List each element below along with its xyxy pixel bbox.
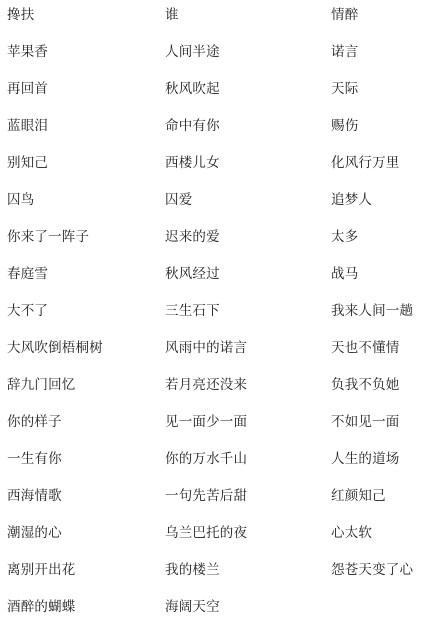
song-title: 一生有你 xyxy=(7,449,62,469)
song-title: 不如见一面 xyxy=(331,412,400,432)
list-row: 离别开出花 我的楼兰 怨苍天变了心 xyxy=(0,560,439,580)
list-row: 春庭雪 秋风经过 战马 xyxy=(0,264,439,284)
list-row: 搀扶 谁 情醉 xyxy=(0,5,439,25)
song-title: 人间半途 xyxy=(165,42,220,62)
list-row: 别知己 西楼儿女 化风行万里 xyxy=(0,153,439,173)
song-title: 囚鸟 xyxy=(7,190,34,210)
song-title: 秋风经过 xyxy=(165,264,220,284)
song-title: 战马 xyxy=(331,264,358,284)
song-title: 天也不懂情 xyxy=(331,338,400,358)
song-title: 再回首 xyxy=(7,79,48,99)
song-title: 天际 xyxy=(331,79,358,99)
song-title: 囚爱 xyxy=(165,190,192,210)
song-title: 怨苍天变了心 xyxy=(331,560,413,580)
song-title: 酒醉的蝴蝶 xyxy=(7,597,76,617)
song-title: 红颜知己 xyxy=(331,486,386,506)
song-title: 蓝眼泪 xyxy=(7,116,48,136)
song-title: 别知己 xyxy=(7,153,48,173)
song-title: 我来人间一趟 xyxy=(331,301,413,321)
song-title: 诺言 xyxy=(331,42,358,62)
song-title: 赐伤 xyxy=(331,116,358,136)
song-title: 若月亮还没来 xyxy=(165,375,247,395)
song-title: 命中有你 xyxy=(165,116,220,136)
song-title: 见一面少一面 xyxy=(165,412,247,432)
list-row: 酒醉的蝴蝶 海阔天空 xyxy=(0,597,439,617)
song-title: 你的样子 xyxy=(7,412,62,432)
song-title: 心太软 xyxy=(331,523,372,543)
song-title: 迟来的爱 xyxy=(165,227,220,247)
list-row: 再回首 秋风吹起 天际 xyxy=(0,79,439,99)
song-title: 潮湿的心 xyxy=(7,523,62,543)
song-title: 海阔天空 xyxy=(165,597,220,617)
song-title: 西楼儿女 xyxy=(165,153,220,173)
song-title: 太多 xyxy=(331,227,358,247)
list-row: 苹果香 人间半途 诺言 xyxy=(0,42,439,62)
list-row: 大风吹倒梧桐树 风雨中的诺言 天也不懂情 xyxy=(0,338,439,358)
song-title: 人生的道场 xyxy=(331,449,400,469)
song-title: 秋风吹起 xyxy=(165,79,220,99)
song-title: 大风吹倒梧桐树 xyxy=(7,338,103,358)
song-title: 辞九门回忆 xyxy=(7,375,76,395)
list-row: 你来了一阵子 迟来的爱 太多 xyxy=(0,227,439,247)
list-row: 你的样子 见一面少一面 不如见一面 xyxy=(0,412,439,432)
song-title: 苹果香 xyxy=(7,42,48,62)
song-title: 情醉 xyxy=(331,5,358,25)
song-title: 我的楼兰 xyxy=(165,560,220,580)
song-title: 西海情歌 xyxy=(7,486,62,506)
list-row: 大不了 三生石下 我来人间一趟 xyxy=(0,301,439,321)
song-title: 一句先苦后甜 xyxy=(165,486,247,506)
song-title: 春庭雪 xyxy=(7,264,48,284)
song-title: 化风行万里 xyxy=(331,153,400,173)
song-title: 离别开出花 xyxy=(7,560,76,580)
song-title: 你的万水千山 xyxy=(165,449,247,469)
song-title: 追梦人 xyxy=(331,190,372,210)
song-title: 谁 xyxy=(165,5,179,25)
song-title: 风雨中的诺言 xyxy=(165,338,247,358)
list-row: 潮湿的心 乌兰巴托的夜 心太软 xyxy=(0,523,439,543)
list-row: 蓝眼泪 命中有你 赐伤 xyxy=(0,116,439,136)
song-title: 三生石下 xyxy=(165,301,220,321)
list-row: 西海情歌 一句先苦后甜 红颜知己 xyxy=(0,486,439,506)
song-title: 乌兰巴托的夜 xyxy=(165,523,247,543)
list-row: 囚鸟 囚爱 追梦人 xyxy=(0,190,439,210)
song-title: 搀扶 xyxy=(7,5,34,25)
list-row: 辞九门回忆 若月亮还没来 负我不负她 xyxy=(0,375,439,395)
song-title: 负我不负她 xyxy=(331,375,400,395)
song-title: 大不了 xyxy=(7,301,48,321)
list-row: 一生有你 你的万水千山 人生的道场 xyxy=(0,449,439,469)
song-title: 你来了一阵子 xyxy=(7,227,89,247)
